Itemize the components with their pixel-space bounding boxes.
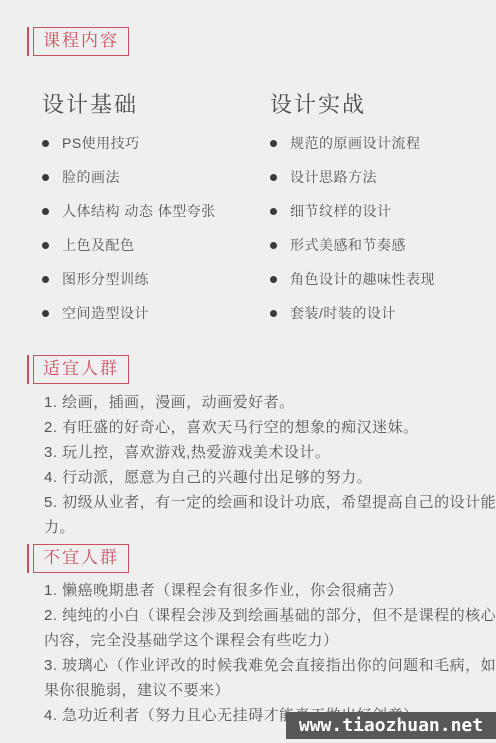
list-item: 上色及配色 — [42, 228, 270, 262]
list-item: 形式美感和节奏感 — [270, 228, 482, 262]
numbered-item: 3. 玻璃心（作业评改的时候我难免会直接指出你的问题和毛病，如果你很脆弱，建议不… — [44, 653, 496, 703]
list-item-label: 角色设计的趣味性表现 — [290, 269, 435, 289]
list-item-label: 细节纹样的设计 — [290, 201, 392, 221]
badge-tick-mark — [27, 544, 29, 573]
list-item-label: PS使用技巧 — [62, 133, 140, 153]
numbered-item: 1. 懒癌晚期患者（课程会有很多作业，你会很痛苦） — [44, 578, 496, 603]
bullet-icon — [270, 276, 277, 283]
list-item: 角色设计的趣味性表现 — [270, 262, 482, 296]
numbered-item: 2. 有旺盛的好奇心，喜欢天马行空的想象的痴汉迷妹。 — [44, 415, 496, 440]
suitable-audience-badge-label: 适宜人群 — [33, 355, 129, 384]
course-content-badge-label: 课程内容 — [33, 27, 129, 56]
bullet-icon — [42, 208, 49, 215]
list-item: 规范的原画设计流程 — [270, 126, 482, 160]
column-design-practice: 设计实战 规范的原画设计流程 设计思路方法 细节纹样的设计 形式美感和节奏感 角… — [270, 88, 482, 330]
site-watermark: www.tiaozhuan.net — [286, 712, 496, 739]
list-item: 套装/时装的设计 — [270, 296, 482, 330]
numbered-item: 3. 玩儿控，喜欢游戏,热爱游戏美术设计。 — [44, 440, 496, 465]
list-item: 空间造型设计 — [42, 296, 270, 330]
list-item: PS使用技巧 — [42, 126, 270, 160]
unsuitable-audience-badge-label: 不宜人群 — [33, 544, 129, 573]
list-item: 脸的画法 — [42, 160, 270, 194]
list-item-label: 脸的画法 — [62, 167, 120, 187]
basics-list: PS使用技巧 脸的画法 人体结构 动态 体型夸张 上色及配色 图形分型训练 空间… — [42, 126, 270, 330]
list-item: 人体结构 动态 体型夸张 — [42, 194, 270, 228]
list-item-label: 规范的原画设计流程 — [290, 133, 421, 153]
column-design-basics: 设计基础 PS使用技巧 脸的画法 人体结构 动态 体型夸张 上色及配色 图形分型… — [42, 88, 270, 330]
list-item-label: 套装/时装的设计 — [290, 303, 396, 323]
column-heading: 设计基础 — [42, 88, 270, 119]
bullet-icon — [270, 140, 277, 147]
list-item-label: 空间造型设计 — [62, 303, 149, 323]
list-item: 图形分型训练 — [42, 262, 270, 296]
numbered-item: 2. 纯纯的小白（课程会涉及到绘画基础的部分，但不是课程的核心内容，完全没基础学… — [44, 603, 496, 653]
list-item: 设计思路方法 — [270, 160, 482, 194]
bullet-icon — [270, 310, 277, 317]
bullet-icon — [42, 174, 49, 181]
course-columns: 设计基础 PS使用技巧 脸的画法 人体结构 动态 体型夸张 上色及配色 图形分型… — [42, 88, 482, 330]
suitable-audience-badge: 适宜人群 — [27, 355, 129, 384]
practice-list: 规范的原画设计流程 设计思路方法 细节纹样的设计 形式美感和节奏感 角色设计的趣… — [270, 126, 482, 330]
column-heading: 设计实战 — [270, 88, 482, 119]
bullet-icon — [270, 242, 277, 249]
course-content-badge: 课程内容 — [27, 27, 129, 56]
bullet-icon — [270, 174, 277, 181]
list-item-label: 设计思路方法 — [290, 167, 377, 187]
unsuitable-audience-badge: 不宜人群 — [27, 544, 129, 573]
badge-tick-mark — [27, 27, 29, 56]
bullet-icon — [42, 242, 49, 249]
numbered-item: 4. 行动派，愿意为自己的兴趣付出足够的努力。 — [44, 465, 496, 490]
list-item-label: 图形分型训练 — [62, 269, 149, 289]
list-item: 细节纹样的设计 — [270, 194, 482, 228]
badge-tick-mark — [27, 355, 29, 384]
numbered-item: 1. 绘画，插画，漫画，动画爱好者。 — [44, 390, 496, 415]
suitable-audience-list: 1. 绘画，插画，漫画，动画爱好者。 2. 有旺盛的好奇心，喜欢天马行空的想象的… — [44, 390, 496, 540]
list-item-label: 人体结构 动态 体型夸张 — [62, 201, 216, 221]
unsuitable-audience-list: 1. 懒癌晚期患者（课程会有很多作业，你会很痛苦） 2. 纯纯的小白（课程会涉及… — [44, 578, 496, 728]
bullet-icon — [270, 208, 277, 215]
bullet-icon — [42, 310, 49, 317]
list-item-label: 上色及配色 — [62, 235, 135, 255]
bullet-icon — [42, 140, 49, 147]
numbered-item: 5. 初级从业者，有一定的绘画和设计功底，希望提高自己的设计能力。 — [44, 490, 496, 540]
list-item-label: 形式美感和节奏感 — [290, 235, 406, 255]
bullet-icon — [42, 276, 49, 283]
